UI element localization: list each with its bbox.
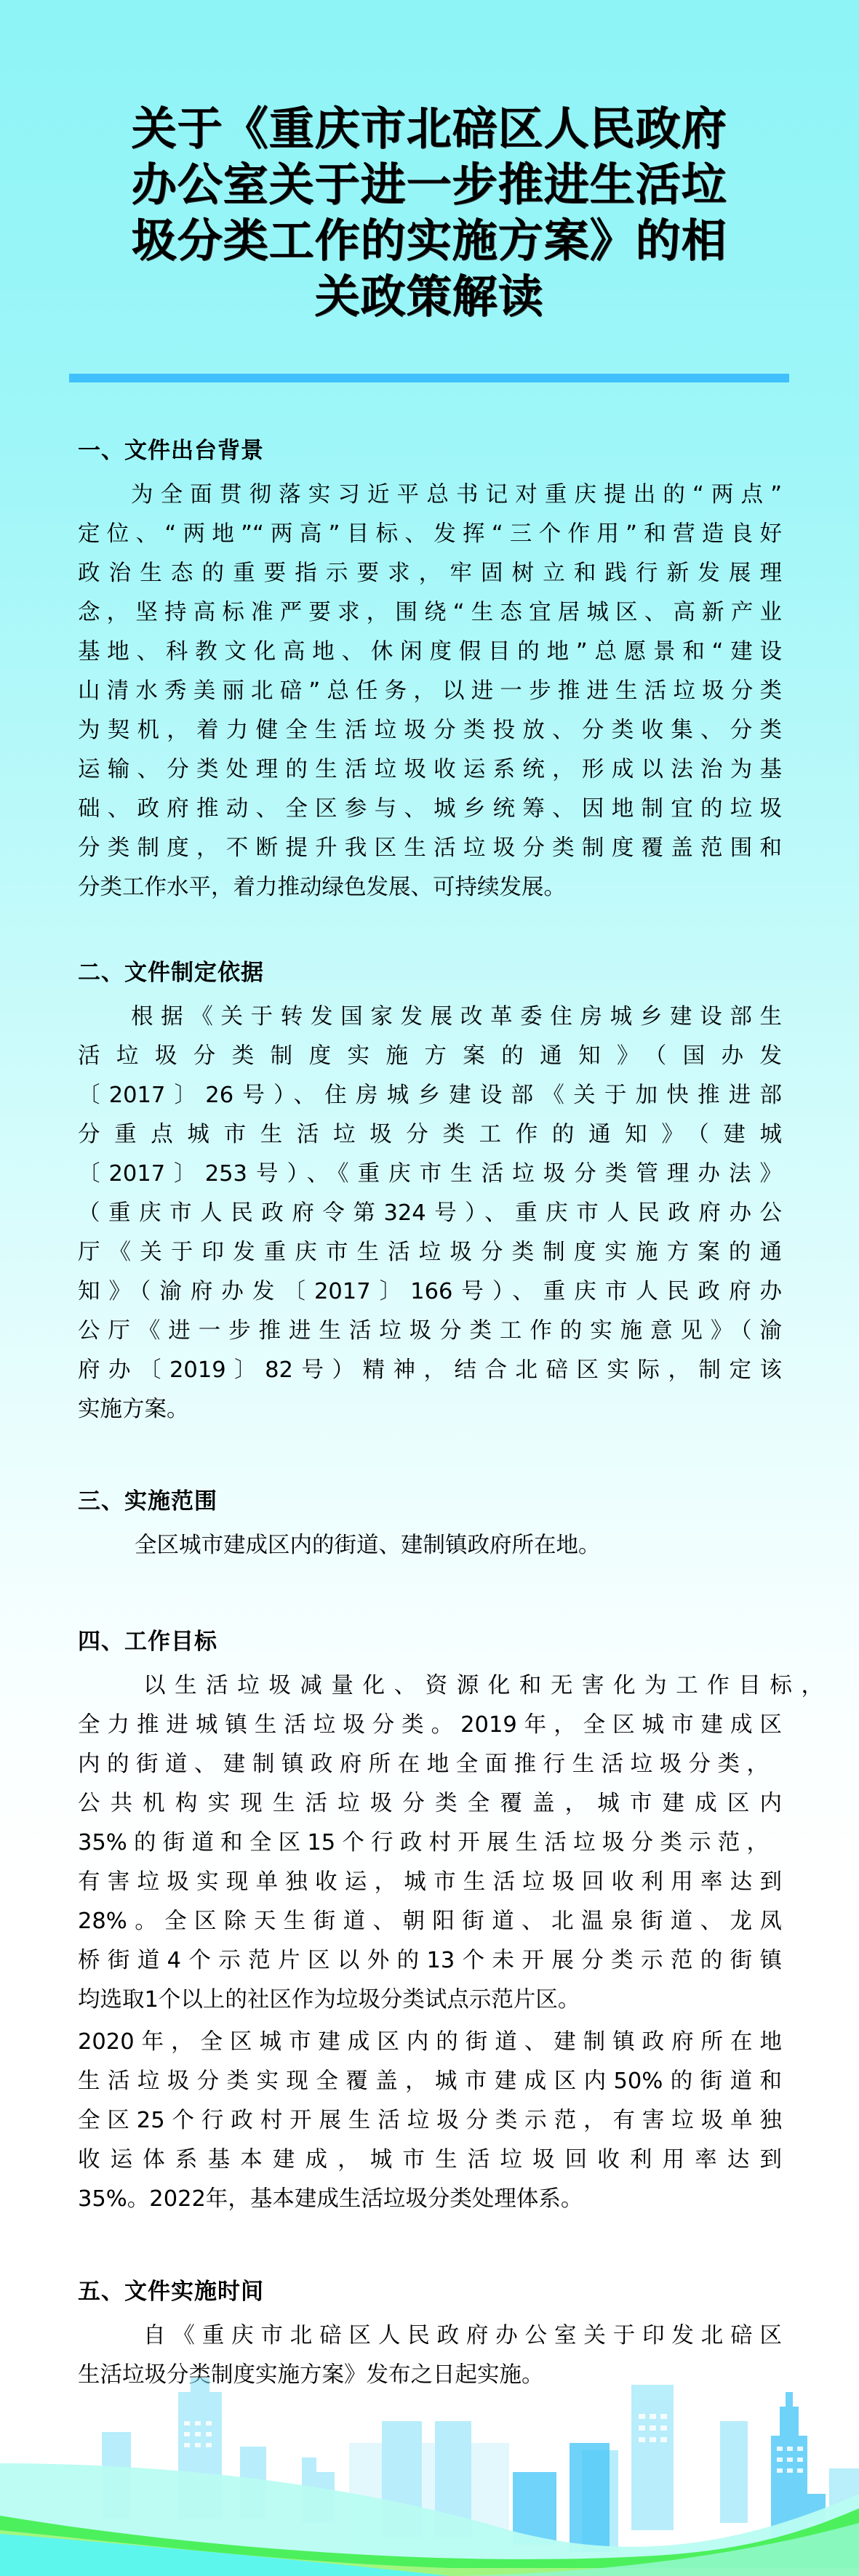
title-line: 办公室关于进一步推进生活垃 (91, 156, 767, 212)
text-line: 府办〔2019〕82号）精神，结合北碚区实际，制定该 (78, 1351, 782, 1390)
document-title: 关于《重庆市北碚区人民政府 办公室关于进一步推进生活垃 圾分类工作的实施方案》的… (91, 100, 767, 324)
section-background: 一、文件出台背景 为全面贯彻落实习近平总书记对重庆提出的“两点” 定位、“两地”… (78, 436, 782, 907)
text-line: 35%的街道和全区15个行政村开展生活垃圾分类示范， (78, 1823, 769, 1863)
section-heading: 三、实施范围 (78, 1487, 782, 1516)
text-line: （重庆市人民政府令第324号）、重庆市人民政府办公 (78, 1194, 782, 1233)
section-body: 全区城市建成区内的街道、建制镇政府所在地。 (78, 1526, 782, 1565)
section-body: 根据《关于转发国家发展改革委住房城乡建设部生 活垃圾分类制度实施方案的通知》（国… (78, 998, 782, 1429)
text-line: 分类制度，不断提升我区生活垃圾分类制度覆盖范围和 (78, 829, 782, 868)
text-line: 念，坚持高标准严要求，围绕“生态宜居城区、高新产业 (78, 593, 782, 633)
city-skyline-illustration (0, 2378, 859, 2576)
title-divider (69, 374, 789, 382)
text-line: 实施方案。 (78, 1390, 782, 1429)
text-line: 为全面贯彻落实习近平总书记对重庆提出的“两点” (78, 476, 782, 515)
text-line: 知》（渝府办发〔2017〕166号）、重庆市人民政府办 (78, 1272, 782, 1312)
text-line: 全区城市建成区内的街道、建制镇政府所在地。 (78, 1526, 782, 1565)
text-line: 28%。全区除天生街道、朝阳街道、北温泉街道、龙凤 (78, 1902, 782, 1941)
text-line: 厅《关于印发重庆市生活垃圾分类制度实施方案的通 (78, 1233, 782, 1272)
section-heading: 一、文件出台背景 (78, 436, 782, 465)
text-line: 内的街道、建制镇政府所在地全面推行生活垃圾分类， (78, 1745, 769, 1784)
text-line: 〔2017〕26号）、住房城乡建设部《关于加快推进部 (78, 1076, 782, 1115)
title-line: 关政策解读 (91, 268, 767, 324)
text-line: 桥街道4个示范片区以外的13个未开展分类示范的街镇 (78, 1941, 782, 1981)
text-line: 础、政府推动、全区参与、城乡统筹、因地制宜的垃圾 (78, 790, 782, 829)
text-line: 有害垃圾实现单独收运，城市生活垃圾回收利用率达到 (78, 1863, 782, 1902)
text-line: 分重点城市生活垃圾分类工作的通知》（建城 (78, 1115, 782, 1155)
section-body: 以生活垃圾减量化、资源化和无害化为工作目标， 全力推进城镇生活垃圾分类。2019… (78, 1666, 782, 2020)
section-heading: 五、文件实施时间 (78, 2277, 782, 2306)
section-goals: 四、工作目标 以生活垃圾减量化、资源化和无害化为工作目标， 全力推进城镇生活垃圾… (78, 1627, 782, 2219)
text-line: 全力推进城镇生活垃圾分类。2019年，全区城市建成区 (78, 1706, 782, 1745)
section-heading: 二、文件制定依据 (78, 958, 782, 987)
text-line: 定位、“两地”“两高”目标、发挥“三个作用”和营造良好 (78, 515, 782, 554)
text-line: 运输、分类处理的生活垃圾收运系统，形成以法治为基 (78, 750, 782, 790)
text-line: 山清水秀美丽北碚”总任务，以进一步推进生活垃圾分类 (78, 672, 782, 711)
text-line: 根据《关于转发国家发展改革委住房城乡建设部生 (78, 998, 782, 1037)
text-line: 公厅《进一步推进生活垃圾分类工作的实施意见》（渝 (78, 1312, 782, 1351)
section-heading: 四、工作目标 (78, 1627, 782, 1656)
title-line: 关于《重庆市北碚区人民政府 (91, 100, 767, 156)
text-line: 基地、科教文化高地、休闲度假目的地”总愿景和“建设 (78, 633, 782, 672)
section-body: 2020年，全区城市建成区内的街道、建制镇政府所在地 生活垃圾分类实现全覆盖，城… (78, 2023, 782, 2219)
text-line: 收运体系基本建成，城市生活垃圾回收利用率达到 (78, 2140, 782, 2180)
text-line: 全区25个行政村开展生活垃圾分类示范，有害垃圾单独 (78, 2101, 782, 2140)
section-scope: 三、实施范围 全区城市建成区内的街道、建制镇政府所在地。 (78, 1487, 782, 1565)
text-line: 2020年，全区城市建成区内的街道、建制镇政府所在地 (78, 2023, 782, 2062)
text-line: 分类工作水平，着力推动绿色发展、可持续发展。 (78, 868, 782, 907)
section-body: 为全面贯彻落实习近平总书记对重庆提出的“两点” 定位、“两地”“两高”目标、发挥… (78, 476, 782, 907)
text-line: 政治生态的重要指示要求，牢固树立和践行新发展理 (78, 554, 782, 593)
text-line: 35%。2022年，基本建成生活垃圾分类处理体系。 (78, 2180, 782, 2219)
text-line: 自《重庆市北碚区人民政府办公室关于印发北碚区 (78, 2316, 782, 2356)
text-line: 均选取1个以上的社区作为垃圾分类试点示范片区。 (78, 1981, 782, 2020)
title-line: 圾分类工作的实施方案》的相 (91, 212, 767, 268)
text-line: 生活垃圾分类实现全覆盖，城市建成区内50%的街道和 (78, 2062, 782, 2101)
text-line: 〔2017〕253号）、《重庆市生活垃圾分类管理办法》 (78, 1155, 782, 1194)
text-line: 以生活垃圾减量化、资源化和无害化为工作目标， (78, 1666, 823, 1706)
text-line: 为契机，着力健全生活垃圾分类投放、分类收集、分类 (78, 711, 782, 750)
section-basis: 二、文件制定依据 根据《关于转发国家发展改革委住房城乡建设部生 活垃圾分类制度实… (78, 958, 782, 1429)
text-line: 公共机构实现生活垃圾分类全覆盖，城市建成区内 (78, 1784, 782, 1823)
text-line: 活垃圾分类制度实施方案的通知》（国办发 (78, 1037, 782, 1076)
